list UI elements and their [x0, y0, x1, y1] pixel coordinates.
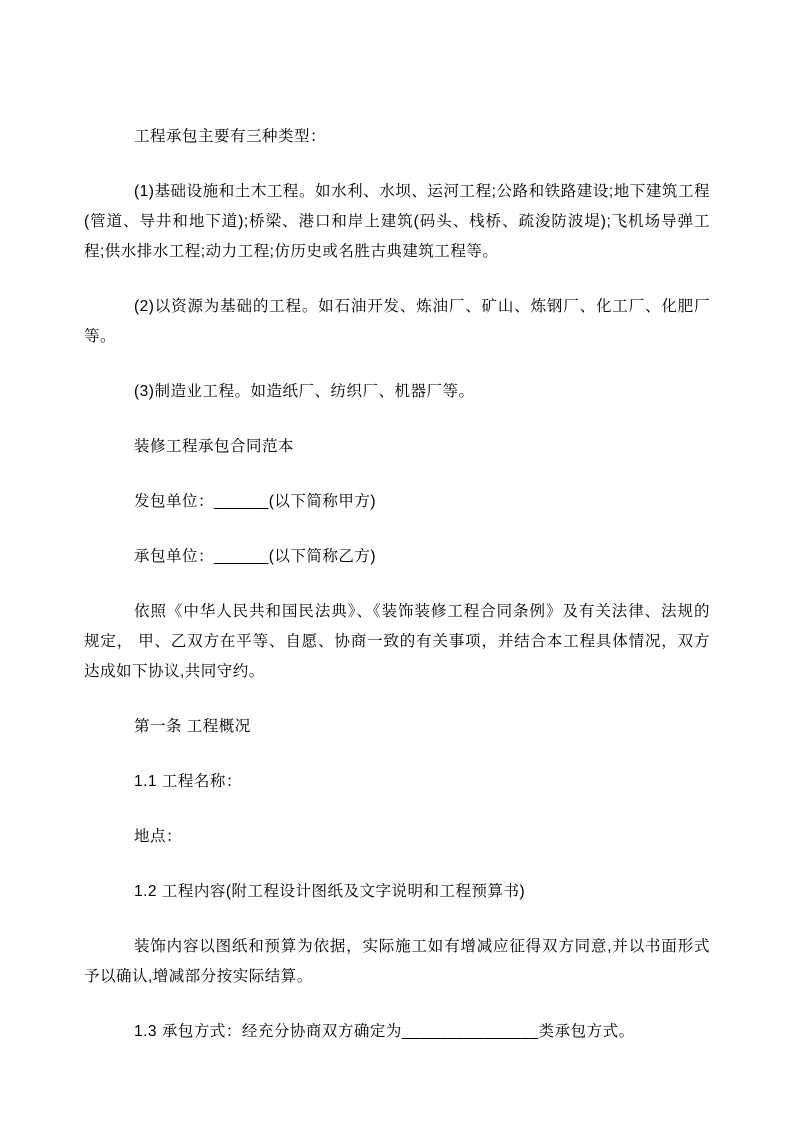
paragraph-type-2-resource: (2)以资源为基础的工程。如石油开发、炼油厂、矿山、炼钢厂、化工厂、化肥厂等。 [84, 292, 710, 352]
paragraph-type-3-manufacturing: (3)制造业工程。如造纸厂、纺织厂、机器厂等。 [84, 377, 710, 407]
article-1-heading: 第一条 工程概况 [84, 712, 710, 742]
paragraph-preamble: 依照《中华人民共和国民法典》、《装饰装修工程合同条例》及有关法律、法规的规定， … [84, 597, 710, 687]
project-location-line: 地点： [84, 822, 710, 852]
paragraph-type-1-infrastructure: (1)基础设施和土木工程。如水利、水坝、运河工程;公路和铁路建设;地下建筑工程(… [84, 177, 710, 267]
document-page: 工程承包主要有三种类型： (1)基础设施和土木工程。如水利、水坝、运河工程;公路… [0, 0, 793, 1122]
party-b-line: 承包单位：______(以下简称乙方) [84, 542, 710, 572]
clause-1-2-heading: 1.2 工程内容(附工程设计图纸及文字说明和工程预算书) [84, 877, 710, 907]
paragraph-contract-types-intro: 工程承包主要有三种类型： [84, 122, 710, 152]
party-a-line: 发包单位：______(以下简称甲方) [84, 487, 710, 517]
clause-1-3-contract-method: 1.3 承包方式：经充分协商双方确定为_______________类承包方式。 [84, 1017, 710, 1047]
clause-1-2-detail: 装饰内容以图纸和预算为依据，实际施工如有增减应征得双方同意,并以书面形式予以确认… [84, 932, 710, 992]
clause-1-1-project-name: 1.1 工程名称： [84, 767, 710, 797]
contract-template-title: 装修工程承包合同范本 [84, 432, 710, 462]
